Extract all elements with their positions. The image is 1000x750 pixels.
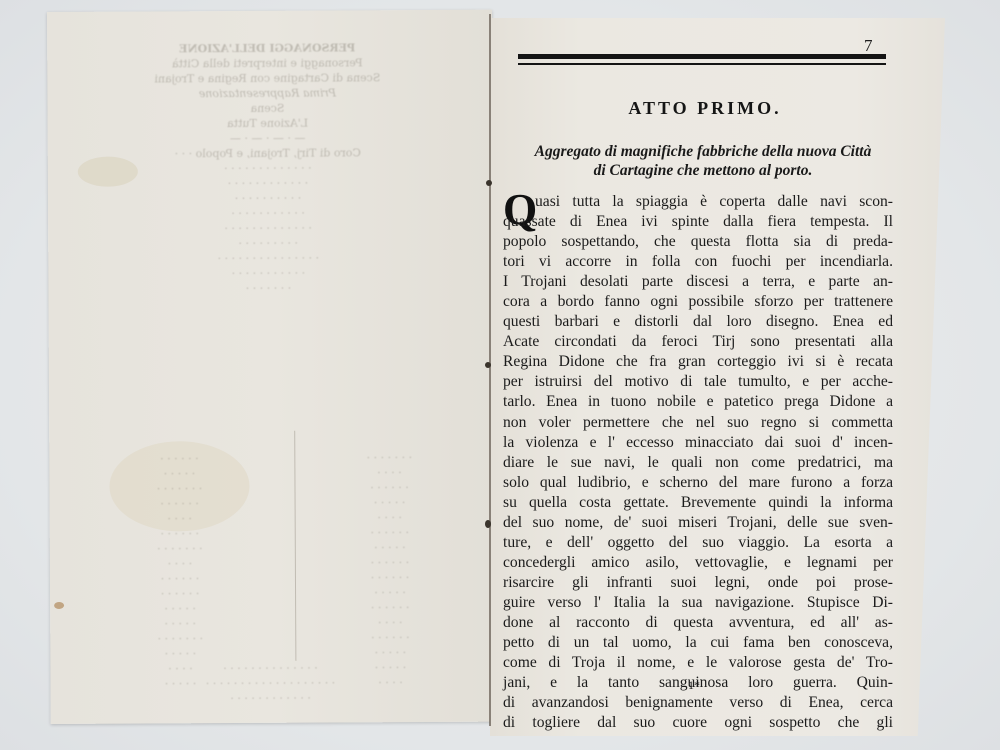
ghost-line: · · · · xyxy=(319,465,459,481)
left-page: PERSONAGGI DELL'AZIONE Personaggi e inte… xyxy=(47,10,496,724)
ghost-column-left: · · · · · · · · · · · · · · · · · · · · … xyxy=(109,451,250,692)
body-line: petto di un tal uomo, la cui fama ben co… xyxy=(503,633,893,653)
ghost-line: · · · · · · xyxy=(109,451,249,467)
body-line: di togliere dal suo cuore ogni sospetto … xyxy=(503,713,893,733)
ghost-line: · · · · · · · xyxy=(319,450,459,466)
body-line: di avanzandosi benignamente verso di Ene… xyxy=(503,693,893,713)
ghost-line: · · · · xyxy=(110,511,250,527)
ghost-line: · · · · · · xyxy=(320,630,460,646)
body-line: su quella costa gettate. Brevemente quin… xyxy=(503,493,893,513)
header-rule-thin xyxy=(518,63,886,65)
ghost-line: · · · · · · xyxy=(110,586,250,602)
body-line: del suo nome, de' suoi miseri Trojani, d… xyxy=(503,513,893,533)
ghost-line: · · · · · · xyxy=(320,600,460,616)
signature-mark: 1* xyxy=(688,678,700,693)
ghost-header: PERSONAGGI DELL'AZIONE Personaggi e inte… xyxy=(87,40,448,297)
body-text: uasi tutta la spiaggia è coperta dalle n… xyxy=(503,192,893,733)
ghost-line: · · · · · xyxy=(110,616,250,632)
body-line: Acate circondati da feroci Tirj sono pre… xyxy=(503,332,893,352)
body-line: cora a bordo fanno ogni possibile sforzo… xyxy=(503,292,893,312)
ghost-line: · · · · · · · xyxy=(109,481,249,497)
ghost-line: · · · · · xyxy=(320,645,460,661)
scene-line: Aggregato di magnifiche fabbriche della … xyxy=(508,142,898,161)
binding-thread-dot xyxy=(485,520,491,528)
ghost-line: · · · · · xyxy=(320,540,460,556)
body-line: I Trojani desolati parte discesi a terra… xyxy=(503,272,893,292)
body-line: non voler permettere che nel suo regno s… xyxy=(503,413,893,433)
ghost-line: · · · · · · xyxy=(110,496,250,512)
ghost-column-divider xyxy=(294,431,296,661)
body-line: per istruirsi del motivo di tale tumulto… xyxy=(503,372,893,392)
ghost-line: · · · · · · xyxy=(110,526,250,542)
ghost-line: · · · · · xyxy=(320,495,460,511)
binding-thread-dot xyxy=(485,362,491,368)
body-line: ture, e dell' oggetto del suo viaggio. L… xyxy=(503,533,893,553)
ghost-line: · · · · · · · · · · · · · · · · · · · xyxy=(100,675,440,692)
ghost-line: · · · · · xyxy=(110,601,250,617)
ghost-line: · · · · xyxy=(320,615,460,631)
body-line: guire verso l' Italia la sua navigazione… xyxy=(503,593,893,613)
scene-line: di Cartagine che mettono al porto. xyxy=(508,161,898,180)
body-line: diare le sue navi, le quali non come pre… xyxy=(503,453,893,473)
ghost-line: · · · · xyxy=(110,556,250,572)
ghost-line: · · · · · · xyxy=(320,570,460,586)
body-line: come di Troja il nome, e le valorose ges… xyxy=(503,653,893,673)
body-line: solo qual ludibrio, e scherno del mare f… xyxy=(503,473,893,493)
body-line: uasi tutta la spiaggia è coperta dalle n… xyxy=(503,192,893,212)
body-line: tori vi accorre in folla con fuochi per … xyxy=(503,252,893,272)
ghost-line: · · · · xyxy=(320,510,460,526)
ghost-line: · · · · · · · · · · · · xyxy=(101,690,441,707)
ghost-line: · · · · · · · xyxy=(110,631,250,647)
body-line: risarcire gli infranti suoi legni, onde … xyxy=(503,573,893,593)
body-line: quassate di Enea ivi spinte dalla fiera … xyxy=(503,212,893,232)
body-line: la violenza e l' eccesso minacciato dai … xyxy=(503,433,893,453)
ghost-footer: · · · · · · · · · · · · · · · · · · · · … xyxy=(100,660,440,707)
ghost-line: · · · · · · · xyxy=(88,280,448,297)
ghost-line: · · · · · · xyxy=(319,480,459,496)
binding-thread-dot xyxy=(486,180,492,186)
body-line: popolo sospettando, che questa flotta si… xyxy=(503,232,893,252)
scene-description: Aggregato di magnifiche fabbriche della … xyxy=(508,142,898,180)
ghost-line: · · · · · xyxy=(320,585,460,601)
body-line: questi barbari e distorli dal loro diseg… xyxy=(503,312,893,332)
ghost-line: · · · · · · xyxy=(320,525,460,541)
act-title: ATTO PRIMO. xyxy=(500,98,910,119)
ghost-line: · · · · · · · xyxy=(110,541,250,557)
foxing-stain xyxy=(54,602,64,609)
page-number: 7 xyxy=(864,36,873,56)
ghost-line: · · · · · xyxy=(110,646,250,662)
ghost-column-right: · · · · · · · · · · · · · · · · · · · · … xyxy=(319,450,460,691)
book-gutter xyxy=(489,14,491,726)
ghost-line: · · · · · · xyxy=(110,571,250,587)
header-rule-thick xyxy=(518,54,886,59)
body-line: Regina Didone che fra gran corteggio ivi… xyxy=(503,352,893,372)
ghost-line: · · · · · · · · · · · · · · xyxy=(100,660,440,677)
ghost-line: · · · · · · xyxy=(320,555,460,571)
body-line: tarlo. Enea in tuono nobile e patetico p… xyxy=(503,392,893,412)
ghost-line: · · · · · xyxy=(109,466,249,482)
body-line: concedergli amico asilo, vettovaglie, e … xyxy=(503,553,893,573)
body-line: done al racconto di questa avventura, ed… xyxy=(503,613,893,633)
